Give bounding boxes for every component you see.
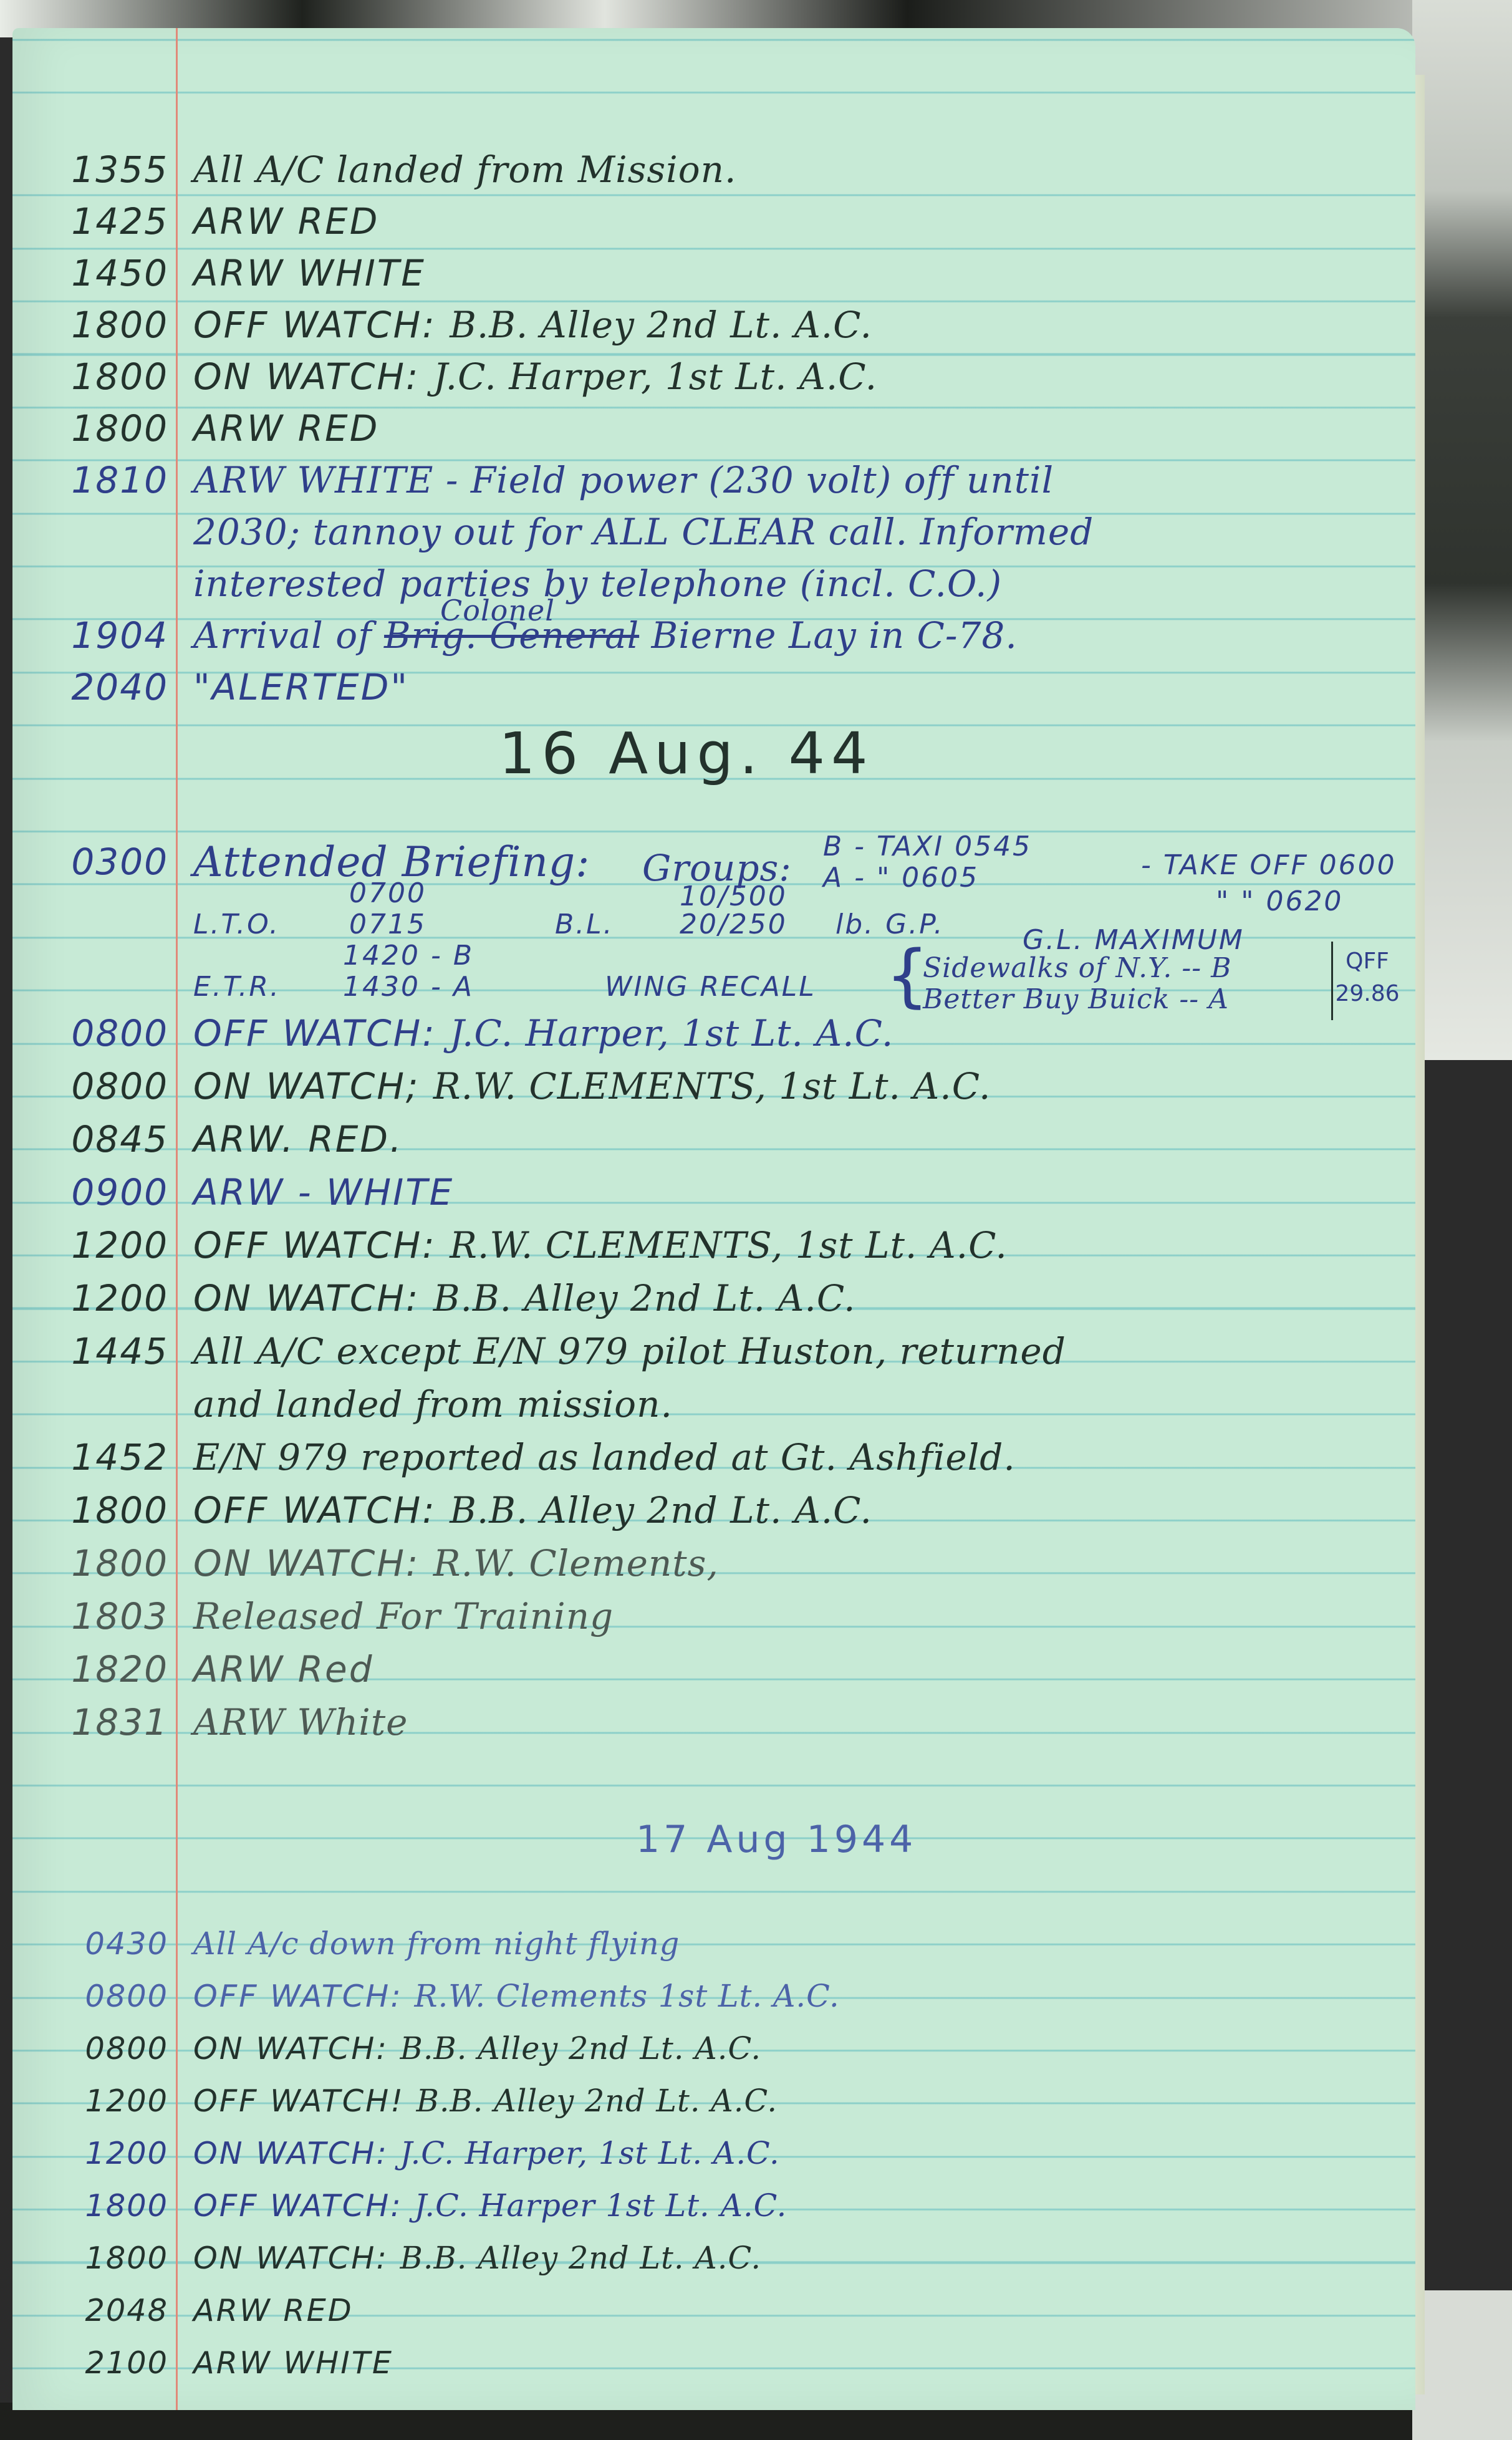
entry-text: OFF WATCH! B.B. Alley 2nd Lt. A.C. <box>193 2075 778 2128</box>
officer-name: J.C. Harper 1st Lt. A.C. <box>415 2187 787 2224</box>
officer-name: R.W. CLEMENTS, 1st Lt. A.C. <box>433 1065 991 1107</box>
entry-time: 1200 <box>37 2127 168 2180</box>
log-entry: 1904Arrival of Brig. GeneralColonel Bier… <box>12 609 1397 662</box>
watch-label: OFF WATCH: <box>193 1978 415 2014</box>
entry-text: ARW RED <box>193 402 379 455</box>
entry-time: 1820 <box>37 1643 168 1696</box>
entry-time: 1445 <box>37 1325 168 1378</box>
entry-time: 1355 <box>37 143 168 196</box>
officer-name: B.B. Alley 2nd Lt. A.C. <box>433 1277 856 1319</box>
log-entry: 1452E/N 979 reported as landed at Gt. As… <box>12 1431 1397 1484</box>
correction: Brig. GeneralColonel <box>384 614 639 657</box>
entry-time: 1200 <box>37 1272 168 1325</box>
entry-text: ON WATCH: R.W. Clements, <box>193 1537 719 1590</box>
bl-label: B.L. <box>555 898 614 951</box>
log-entry: 1800ON WATCH: R.W. Clements, <box>12 1537 1397 1590</box>
watch-label: OFF WATCH: <box>193 1224 450 1266</box>
background-photo-right <box>1412 0 1512 1060</box>
officer-name: B.B. Alley 2nd Lt. A.C. <box>417 2083 778 2119</box>
watch-label: ON WATCH: <box>193 355 433 398</box>
officer-name: J.C. Harper, 1st Lt. A.C. <box>400 2135 780 2171</box>
entry-text: OFF WATCH: R.W. CLEMENTS, 1st Lt. A.C. <box>193 1219 1008 1272</box>
watch-label: OFF WATCH: <box>193 1489 450 1531</box>
entry-time: 1800 <box>37 2232 168 2285</box>
group-a-taxi: A - " 0605 <box>823 851 979 904</box>
entry-time: 1200 <box>37 1219 168 1272</box>
log-entry: 1200OFF WATCH! B.B. Alley 2nd Lt. A.C. <box>12 2075 1397 2128</box>
log-entry: interested parties by telephone (incl. C… <box>12 557 1397 610</box>
entry-text: E/N 979 reported as landed at Gt. Ashfie… <box>193 1431 1016 1484</box>
entry-time: 1800 <box>37 2179 168 2232</box>
log-entry: 1200OFF WATCH: R.W. CLEMENTS, 1st Lt. A.… <box>12 1219 1397 1272</box>
entry-time: 0845 <box>37 1113 168 1166</box>
log-entry: 1810ARW WHITE - Field power (230 volt) o… <box>12 454 1397 507</box>
entry-time: 0800 <box>37 1060 168 1113</box>
lto-label: L.T.O. <box>193 898 280 951</box>
entry-time: 1831 <box>37 1696 168 1749</box>
watch-label: OFF WATCH: <box>193 304 450 346</box>
entry-time: 1810 <box>37 454 168 507</box>
log-entry: 2048ARW RED <box>12 2284 1397 2337</box>
entry-text: OFF WATCH: J.C. Harper, 1st Lt. A.C. <box>193 1007 893 1060</box>
log-entry: 0800OFF WATCH: R.W. Clements 1st Lt. A.C… <box>12 1970 1397 2023</box>
watch-label: ON WATCH: <box>193 2240 400 2276</box>
date-heading-17-aug: 17 Aug 1944 <box>636 1818 917 1861</box>
log-entry: 1800OFF WATCH: B.B. Alley 2nd Lt. A.C. <box>12 299 1397 352</box>
entry-text: interested parties by telephone (incl. C… <box>193 557 1002 610</box>
background-cloth <box>1412 2290 1512 2440</box>
log-entry: and landed from mission. <box>12 1378 1397 1431</box>
entry-text: ON WATCH: J.C. Harper, 1st Lt. A.C. <box>193 2127 780 2180</box>
log-entry: 0845ARW. RED. <box>12 1113 1397 1166</box>
entry-text: ARW Red <box>193 1643 374 1696</box>
log-entry: 2100ARW WHITE <box>12 2336 1397 2389</box>
entry-time: 0430 <box>37 1917 168 1970</box>
officer-name: B.B. Alley 2nd Lt. A.C. <box>450 1489 872 1531</box>
watch-label: ON WATCH; <box>193 1065 433 1107</box>
entry-time: 1904 <box>37 609 168 662</box>
entry-text: ARW RED <box>193 2284 354 2337</box>
entry-text: ON WATCH: B.B. Alley 2nd Lt. A.C. <box>193 2022 761 2075</box>
entry-text: OFF WATCH: R.W. Clements 1st Lt. A.C. <box>193 1970 840 2023</box>
watch-label: OFF WATCH! <box>193 2083 417 2119</box>
entry-text-part: Bierne Lay in C-78. <box>639 614 1018 657</box>
log-entry: 1831ARW White <box>12 1696 1397 1749</box>
officer-name: B.B. Alley 2nd Lt. A.C. <box>450 304 872 346</box>
logbook-page: 1355All A/C landed from Mission.1425ARW … <box>12 28 1415 2410</box>
date-heading-16-aug: 16 Aug. 44 <box>499 720 874 787</box>
entry-text: Arrival of Brig. GeneralColonel Bierne L… <box>193 609 1018 662</box>
log-entry: 1800OFF WATCH: B.B. Alley 2nd Lt. A.C. <box>12 1484 1397 1537</box>
officer-name: J.C. Harper, 1st Lt. A.C. <box>433 355 877 398</box>
log-entry: 1200ON WATCH: J.C. Harper, 1st Lt. A.C. <box>12 2127 1397 2180</box>
entry-time: 0800 <box>37 1007 168 1060</box>
log-entry: 0800ON WATCH; R.W. CLEMENTS, 1st Lt. A.C… <box>12 1060 1397 1113</box>
entry-text: OFF WATCH: J.C. Harper 1st Lt. A.C. <box>193 2179 787 2232</box>
watch-label: OFF WATCH: <box>193 1012 450 1054</box>
log-entry: 0800OFF WATCH: J.C. Harper, 1st Lt. A.C. <box>12 1007 1397 1060</box>
entry-text: Released For Training <box>193 1590 614 1643</box>
entry-text: ON WATCH: B.B. Alley 2nd Lt. A.C. <box>193 1272 856 1325</box>
entry-time: 2040 <box>37 661 168 714</box>
entry-text: All A/c down from night flying <box>193 1917 680 1970</box>
etr-label: E.T.R. <box>193 960 281 1013</box>
officer-name: R.W. Clements, <box>433 1542 719 1584</box>
officer-name: R.W. CLEMENTS, 1st Lt. A.C. <box>450 1224 1008 1266</box>
entry-text: ON WATCH: J.C. Harper, 1st Lt. A.C. <box>193 350 877 403</box>
log-entry: 2030; tannoy out for ALL CLEAR call. Inf… <box>12 506 1397 559</box>
entry-text: OFF WATCH: B.B. Alley 2nd Lt. A.C. <box>193 1484 872 1537</box>
entry-time: 0800 <box>37 1970 168 2023</box>
entry-time: 1425 <box>37 195 168 248</box>
entry-time: 1800 <box>37 299 168 352</box>
entry-time: 1452 <box>37 1431 168 1484</box>
log-entry: 0800ON WATCH: B.B. Alley 2nd Lt. A.C. <box>12 2022 1397 2075</box>
log-entry: 1445All A/C except E/N 979 pilot Huston,… <box>12 1325 1397 1378</box>
officer-name: R.W. Clements 1st Lt. A.C. <box>415 1978 840 2014</box>
log-entry: 1800OFF WATCH: J.C. Harper 1st Lt. A.C. <box>12 2179 1397 2232</box>
log-entry: 1200ON WATCH: B.B. Alley 2nd Lt. A.C. <box>12 1272 1397 1325</box>
entry-time: 0900 <box>37 1166 168 1219</box>
entry-time: 0800 <box>37 2022 168 2075</box>
log-entry: 0430All A/c down from night flying <box>12 1917 1397 1970</box>
officer-name: B.B. Alley 2nd Lt. A.C. <box>400 2240 761 2276</box>
entry-text: ON WATCH; R.W. CLEMENTS, 1st Lt. A.C. <box>193 1060 991 1113</box>
entry-time: 1800 <box>37 350 168 403</box>
entry-text: ARW WHITE <box>193 2336 393 2389</box>
entry-text: 2030; tannoy out for ALL CLEAR call. Inf… <box>193 506 1094 559</box>
officer-name: B.B. Alley 2nd Lt. A.C. <box>400 2030 761 2066</box>
log-entry: 1425ARW RED <box>12 195 1397 248</box>
entry-time: 2048 <box>37 2284 168 2337</box>
entry-text: All A/C except E/N 979 pilot Huston, ret… <box>193 1325 1066 1378</box>
entry-text: ARW White <box>193 1696 408 1749</box>
entry-text-part: Arrival of <box>193 614 384 657</box>
entry-text: OFF WATCH: B.B. Alley 2nd Lt. A.C. <box>193 299 872 352</box>
log-entry: 0900ARW - WHITE <box>12 1166 1397 1219</box>
entry-text: "ALERTED" <box>193 661 409 714</box>
etr-a: 1430 - A <box>343 960 474 1013</box>
entry-time: 0300 <box>37 836 168 889</box>
entry-text: ARW - WHITE <box>193 1166 454 1219</box>
log-entry: 2040"ALERTED" <box>12 661 1397 714</box>
bl-value: 20/250 <box>680 898 787 951</box>
log-entry: 1800ON WATCH: J.C. Harper, 1st Lt. A.C. <box>12 350 1397 403</box>
entry-time: 1800 <box>37 402 168 455</box>
entry-text: ARW. RED. <box>193 1113 403 1166</box>
inserted-text: Colonel <box>440 584 555 637</box>
entry-time: 2100 <box>37 2336 168 2389</box>
qff-value: 29.86 <box>1333 978 1402 1010</box>
entry-time: 1800 <box>37 1537 168 1590</box>
watch-label: OFF WATCH: <box>193 2187 415 2224</box>
entry-time: 1803 <box>37 1590 168 1643</box>
entry-time: 1800 <box>37 1484 168 1537</box>
entry-time: 1450 <box>37 247 168 300</box>
watch-label: ON WATCH: <box>193 1277 433 1319</box>
log-entry: 1820ARW Red <box>12 1643 1397 1696</box>
entry-text: ARW WHITE <box>193 247 426 300</box>
officer-name: J.C. Harper, 1st Lt. A.C. <box>450 1012 893 1054</box>
qff-label: QFF <box>1333 945 1402 978</box>
entry-text: ARW RED <box>193 195 379 248</box>
log-entry: 1800ARW RED <box>12 402 1397 455</box>
entry-text: and landed from mission. <box>193 1378 673 1431</box>
log-entry: 1803Released For Training <box>12 1590 1397 1643</box>
log-entry: 1450ARW WHITE <box>12 247 1397 300</box>
watch-label: ON WATCH: <box>193 1542 433 1584</box>
entry-text: ON WATCH: B.B. Alley 2nd Lt. A.C. <box>193 2232 761 2285</box>
entry-text: ARW WHITE - Field power (230 volt) off u… <box>193 454 1054 507</box>
wing-recall-label: WING RECALL <box>605 960 816 1013</box>
log-entry: 1355All A/C landed from Mission. <box>12 143 1397 196</box>
log-entry: 1800ON WATCH: B.B. Alley 2nd Lt. A.C. <box>12 2232 1397 2285</box>
entry-time: 1200 <box>37 2075 168 2128</box>
watch-label: ON WATCH: <box>193 2030 400 2066</box>
entry-text: All A/C landed from Mission. <box>193 143 736 196</box>
watch-label: ON WATCH: <box>193 2135 400 2171</box>
